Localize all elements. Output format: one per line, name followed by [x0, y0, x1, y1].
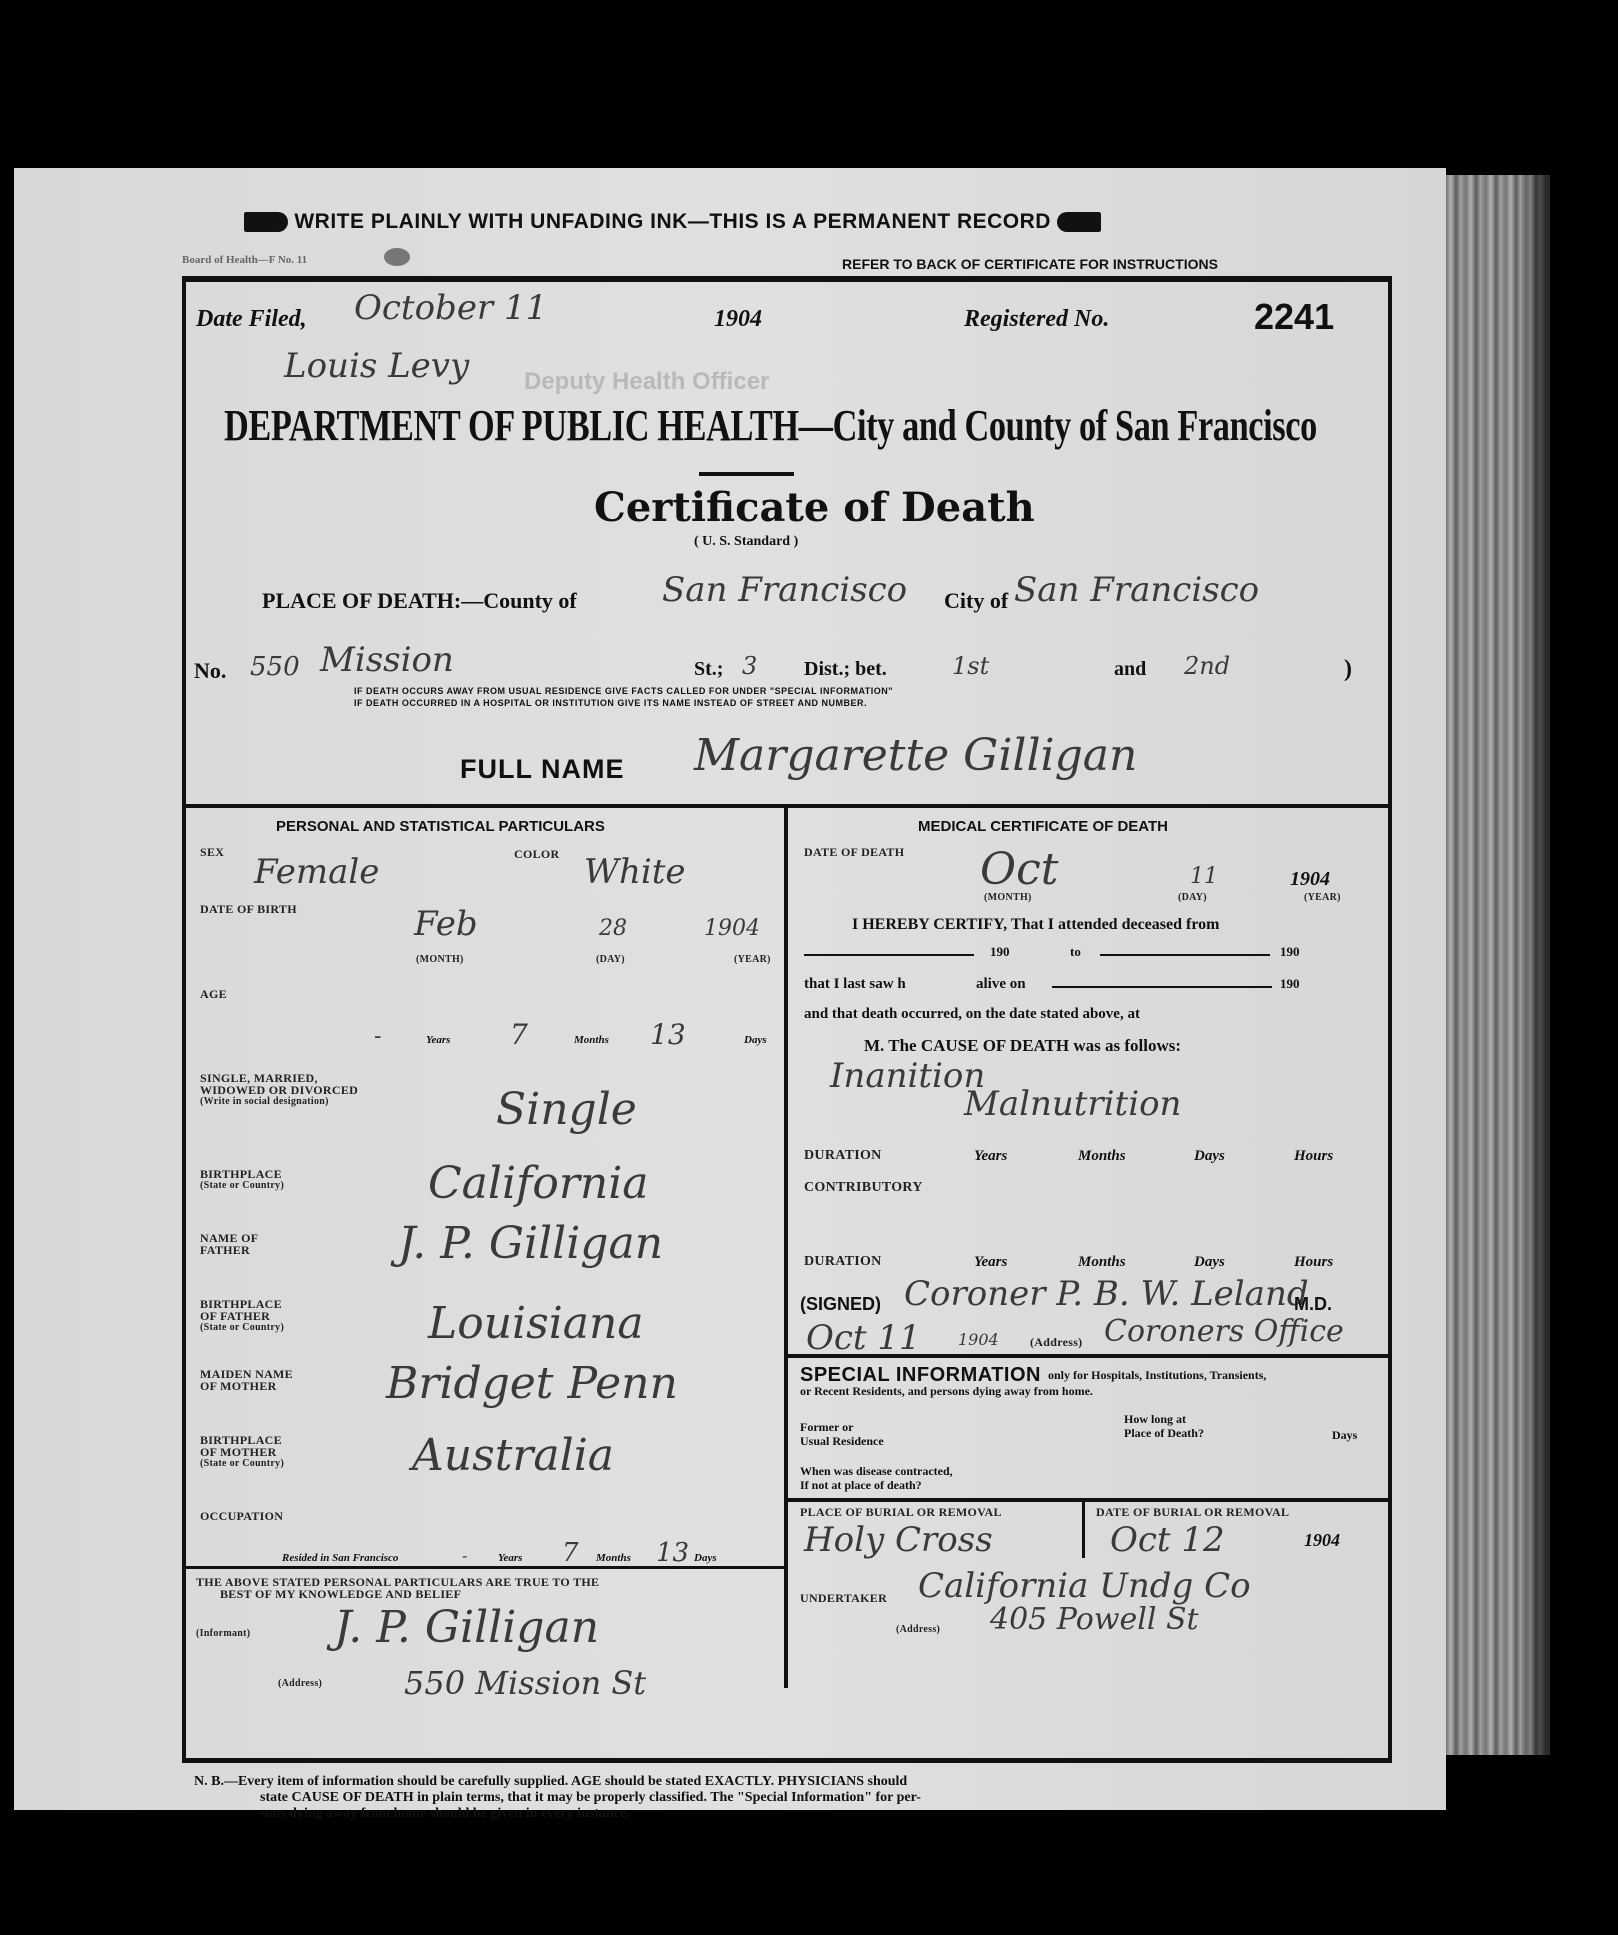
to-190: 190: [1280, 944, 1300, 960]
father-label-2: FATHER: [200, 1244, 250, 1256]
alive-on-label: alive on: [976, 976, 1026, 993]
cause-label: M. The CAUSE OF DEATH was as follows:: [864, 1036, 1181, 1056]
how-long-label-1: How long at: [1124, 1412, 1186, 1427]
from-190: 190: [990, 944, 1010, 960]
occurred-label: and that death occurred, on the date sta…: [804, 1006, 1140, 1023]
father-birthplace-label-3: (State or Country): [200, 1322, 284, 1334]
deputy-signature: Louis Levy: [284, 346, 469, 386]
date-of-death-year: 1904: [1290, 868, 1330, 891]
nb-note-line-2: state CAUSE OF DEATH in plain terms, tha…: [260, 1790, 921, 1806]
father-birthplace-value: Louisiana: [428, 1298, 644, 1349]
burial-column-divider: [1082, 1502, 1085, 1558]
father-birthplace-label-2: OF FATHER: [200, 1310, 270, 1322]
dod-month-caption: (Month): [984, 892, 1032, 904]
informant-label: (Informant): [196, 1628, 250, 1640]
date-filed-value: October 11: [354, 288, 547, 328]
occupation-label: OCCUPATION: [200, 1510, 283, 1522]
ward-value: 3: [742, 652, 757, 680]
street-no-label: No.: [194, 658, 226, 684]
between-2: 2nd: [1184, 652, 1230, 680]
duration-years-2: Years: [974, 1254, 1007, 1271]
duration-days-2: Days: [1194, 1254, 1225, 1271]
paren-close: ): [1344, 656, 1352, 683]
age-years-caption: Years: [426, 1034, 450, 1046]
date-of-death-month: Oct: [980, 844, 1058, 895]
dob-month: Feb: [414, 904, 478, 944]
medical-address-label: (Address): [1030, 1336, 1082, 1348]
dob-year: 1904: [704, 916, 760, 941]
sex-value: Female: [254, 852, 379, 892]
age-days: 13: [650, 1018, 686, 1051]
mother-label-2: OF MOTHER: [200, 1380, 277, 1392]
registered-number: 2241: [1254, 296, 1334, 338]
date-of-death-day: 11: [1190, 864, 1218, 889]
street-no-value: 550: [250, 652, 300, 682]
place-note-1: IF DEATH OCCURS AWAY FROM USUAL RESIDENC…: [354, 686, 893, 696]
st-label: St.;: [694, 658, 723, 681]
days-label: Days: [1332, 1428, 1357, 1443]
md-label: M.D.: [1294, 1294, 1332, 1315]
place-note-2: IF DEATH OCCURRED IN A HOSPITAL OR INSTI…: [354, 698, 867, 708]
dob-label: DATE OF BIRTH: [200, 903, 297, 915]
marital-value: Single: [496, 1084, 637, 1135]
mother-birthplace-label-2: OF MOTHER: [200, 1446, 277, 1458]
resided-days: 13: [656, 1538, 689, 1568]
nb-note-line-1: N. B.—Every item of information should b…: [194, 1774, 907, 1790]
resided-months-caption: Months: [596, 1552, 631, 1564]
how-long-label-2: Place of Death?: [1124, 1426, 1204, 1441]
to-date-line: [1100, 954, 1270, 956]
dod-day-caption: (Day): [1178, 892, 1207, 904]
city-value: San Francisco: [1014, 570, 1259, 610]
undertaker-address-value: 405 Powell St: [990, 1602, 1199, 1637]
resided-days-caption: Days: [694, 1552, 717, 1564]
duration-months-1: Months: [1078, 1148, 1126, 1165]
birthplace-value: California: [428, 1158, 649, 1209]
medical-heading: MEDICAL CERTIFICATE OF DEATH: [918, 818, 1168, 835]
resided-years-caption: Years: [498, 1552, 522, 1564]
pointing-hand-icon-right: [1057, 212, 1101, 232]
informant-value: J. P. Gilligan: [334, 1602, 599, 1653]
filing-year: 1904: [714, 306, 762, 333]
undertaker-address-label: (Address): [896, 1624, 940, 1636]
duration-years-1: Years: [974, 1148, 1007, 1165]
bottom-border: [182, 1758, 1392, 1763]
duration-months-2: Months: [1078, 1254, 1126, 1271]
age-months-caption: Months: [574, 1034, 609, 1046]
banner: WRITE PLAINLY WITH UNFADING INK—THIS IS …: [244, 210, 1101, 234]
certify-statement: I HEREBY CERTIFY, That I attended deceas…: [852, 916, 1219, 934]
last-saw-label: that I last saw h: [804, 976, 906, 993]
special-divider: [786, 1354, 1388, 1358]
dod-year-caption: (Year): [1304, 892, 1341, 904]
county-value: San Francisco: [662, 570, 907, 610]
alive-date-line: [1052, 986, 1272, 988]
city-label: City of: [944, 588, 1008, 614]
from-date-line: [804, 954, 974, 956]
dob-month-caption: (Month): [416, 954, 464, 966]
burial-place-label: PLACE OF BURIAL OR REMOVAL: [800, 1506, 1002, 1518]
certificate-title: Certificate of Death: [594, 484, 1035, 531]
mother-birthplace-value: Australia: [412, 1430, 614, 1481]
and-label: and: [1114, 658, 1146, 681]
color-label: COLOR: [514, 848, 560, 860]
signed-label: (SIGNED): [800, 1294, 881, 1315]
birthplace-label-1: BIRTHPLACE: [200, 1168, 282, 1180]
street-value: Mission: [320, 640, 454, 680]
refer-instructions: REFER TO BACK OF CERTIFICATE FOR INSTRUC…: [842, 256, 1218, 272]
department-title: DEPARTMENT OF PUBLIC HEALTH—City and Cou…: [224, 400, 1317, 451]
special-note-1: only for Hospitals, Institutions, Transi…: [1048, 1368, 1266, 1383]
title-divider: [699, 472, 794, 476]
full-name-value: Margarette Gilligan: [694, 730, 1137, 781]
between-1: 1st: [952, 652, 989, 680]
personal-heading: PERSONAL AND STATISTICAL PARTICULARS: [276, 818, 605, 835]
birthplace-label-2: (State or Country): [200, 1180, 284, 1192]
column-divider: [784, 808, 788, 1688]
alive-190: 190: [1280, 976, 1300, 992]
contracted-label-1: When was disease contracted,: [800, 1464, 953, 1479]
duration-days-1: Days: [1194, 1148, 1225, 1165]
informant-statement-2: BEST OF MY KNOWLEDGE AND BELIEF: [220, 1588, 461, 1600]
undertaker-value: California Undg Co: [918, 1566, 1251, 1606]
undertaker-label: UNDERTAKER: [800, 1592, 887, 1604]
mother-name-value: Bridget Penn: [386, 1358, 678, 1409]
marital-label-2: WIDOWED OR DIVORCED: [200, 1084, 358, 1096]
former-residence-label-2: Usual Residence: [800, 1434, 884, 1449]
full-name-label: FULL NAME: [460, 754, 625, 785]
duration-hours-2: Hours: [1294, 1254, 1333, 1271]
us-standard: ( U. S. Standard ): [694, 534, 798, 550]
father-name-value: J. P. Gilligan: [398, 1218, 663, 1269]
cause-secondary: Malnutrition: [964, 1084, 1181, 1124]
contributory-label: CONTRIBUTORY: [804, 1182, 923, 1194]
age-label: AGE: [200, 988, 227, 1000]
burial-date-value: Oct 12: [1110, 1520, 1225, 1560]
special-note-2: or Recent Residents, and persons dying a…: [800, 1384, 1093, 1399]
union-bug-icon: [384, 248, 410, 266]
top-border: [182, 276, 1392, 282]
dist-label: Dist.; bet.: [804, 658, 887, 681]
signed-year: 1904: [958, 1330, 999, 1349]
contracted-label-2: If not at place of death?: [800, 1478, 922, 1493]
right-border: [1388, 276, 1392, 1761]
nb-note-line-3: sons dying away from home should be give…: [260, 1806, 630, 1822]
age-days-caption: Days: [744, 1034, 767, 1046]
signed-date: Oct 11: [806, 1318, 921, 1358]
medical-address-value: Coroners Office: [1104, 1314, 1344, 1349]
to-label: to: [1070, 944, 1081, 960]
burial-date-year: 1904: [1304, 1530, 1340, 1551]
duration-label-2: DURATION: [804, 1256, 882, 1268]
left-border: [182, 276, 186, 1761]
page-edges-shadow: [1520, 175, 1560, 1755]
resided-months: 7: [562, 1538, 579, 1568]
marital-label-3: (Write in social designation): [200, 1096, 329, 1108]
mother-birthplace-label-3: (State or Country): [200, 1458, 284, 1470]
informant-address-label: (Address): [278, 1678, 322, 1690]
registered-label: Registered No.: [964, 306, 1109, 333]
age-years: -: [374, 1024, 381, 1049]
place-of-death-label: PLACE OF DEATH:—County of: [262, 588, 577, 614]
dob-year-caption: (Year): [734, 954, 771, 966]
dob-day-caption: (Day): [596, 954, 625, 966]
sex-label: SEX: [200, 846, 224, 858]
dob-day: 28: [599, 916, 627, 941]
burial-place-value: Holy Cross: [804, 1520, 993, 1560]
cause-primary: Inanition: [830, 1056, 985, 1096]
burial-date-label: DATE of BURIAL or REMOVAL: [1096, 1506, 1289, 1518]
signed-value: Coroner P. B. W. Leland: [904, 1274, 1309, 1314]
pointing-hand-icon: [244, 212, 288, 232]
informant-address-value: 550 Mission St: [404, 1664, 646, 1702]
resided-years: -: [462, 1546, 467, 1565]
burial-divider: [786, 1498, 1388, 1502]
color-value: White: [584, 852, 686, 892]
former-residence-label-1: Former or: [800, 1420, 853, 1435]
form-id: Board of Health—F No. 11: [182, 254, 307, 266]
date-of-death-label: DATE OF DEATH: [804, 846, 904, 858]
duration-label-1: DURATION: [804, 1150, 882, 1162]
informant-divider: [186, 1566, 786, 1569]
date-filed-label: Date Filed,: [196, 306, 307, 333]
banner-text: WRITE PLAINLY WITH UNFADING INK—THIS IS …: [294, 210, 1051, 233]
death-certificate-page: WRITE PLAINLY WITH UNFADING INK—THIS IS …: [14, 168, 1446, 1810]
resided-label: Resided in San Francisco: [282, 1552, 398, 1564]
deputy-title-stamp: Deputy Health Officer: [524, 368, 769, 396]
age-months: 7: [510, 1018, 528, 1051]
duration-hours-1: Hours: [1294, 1148, 1333, 1165]
